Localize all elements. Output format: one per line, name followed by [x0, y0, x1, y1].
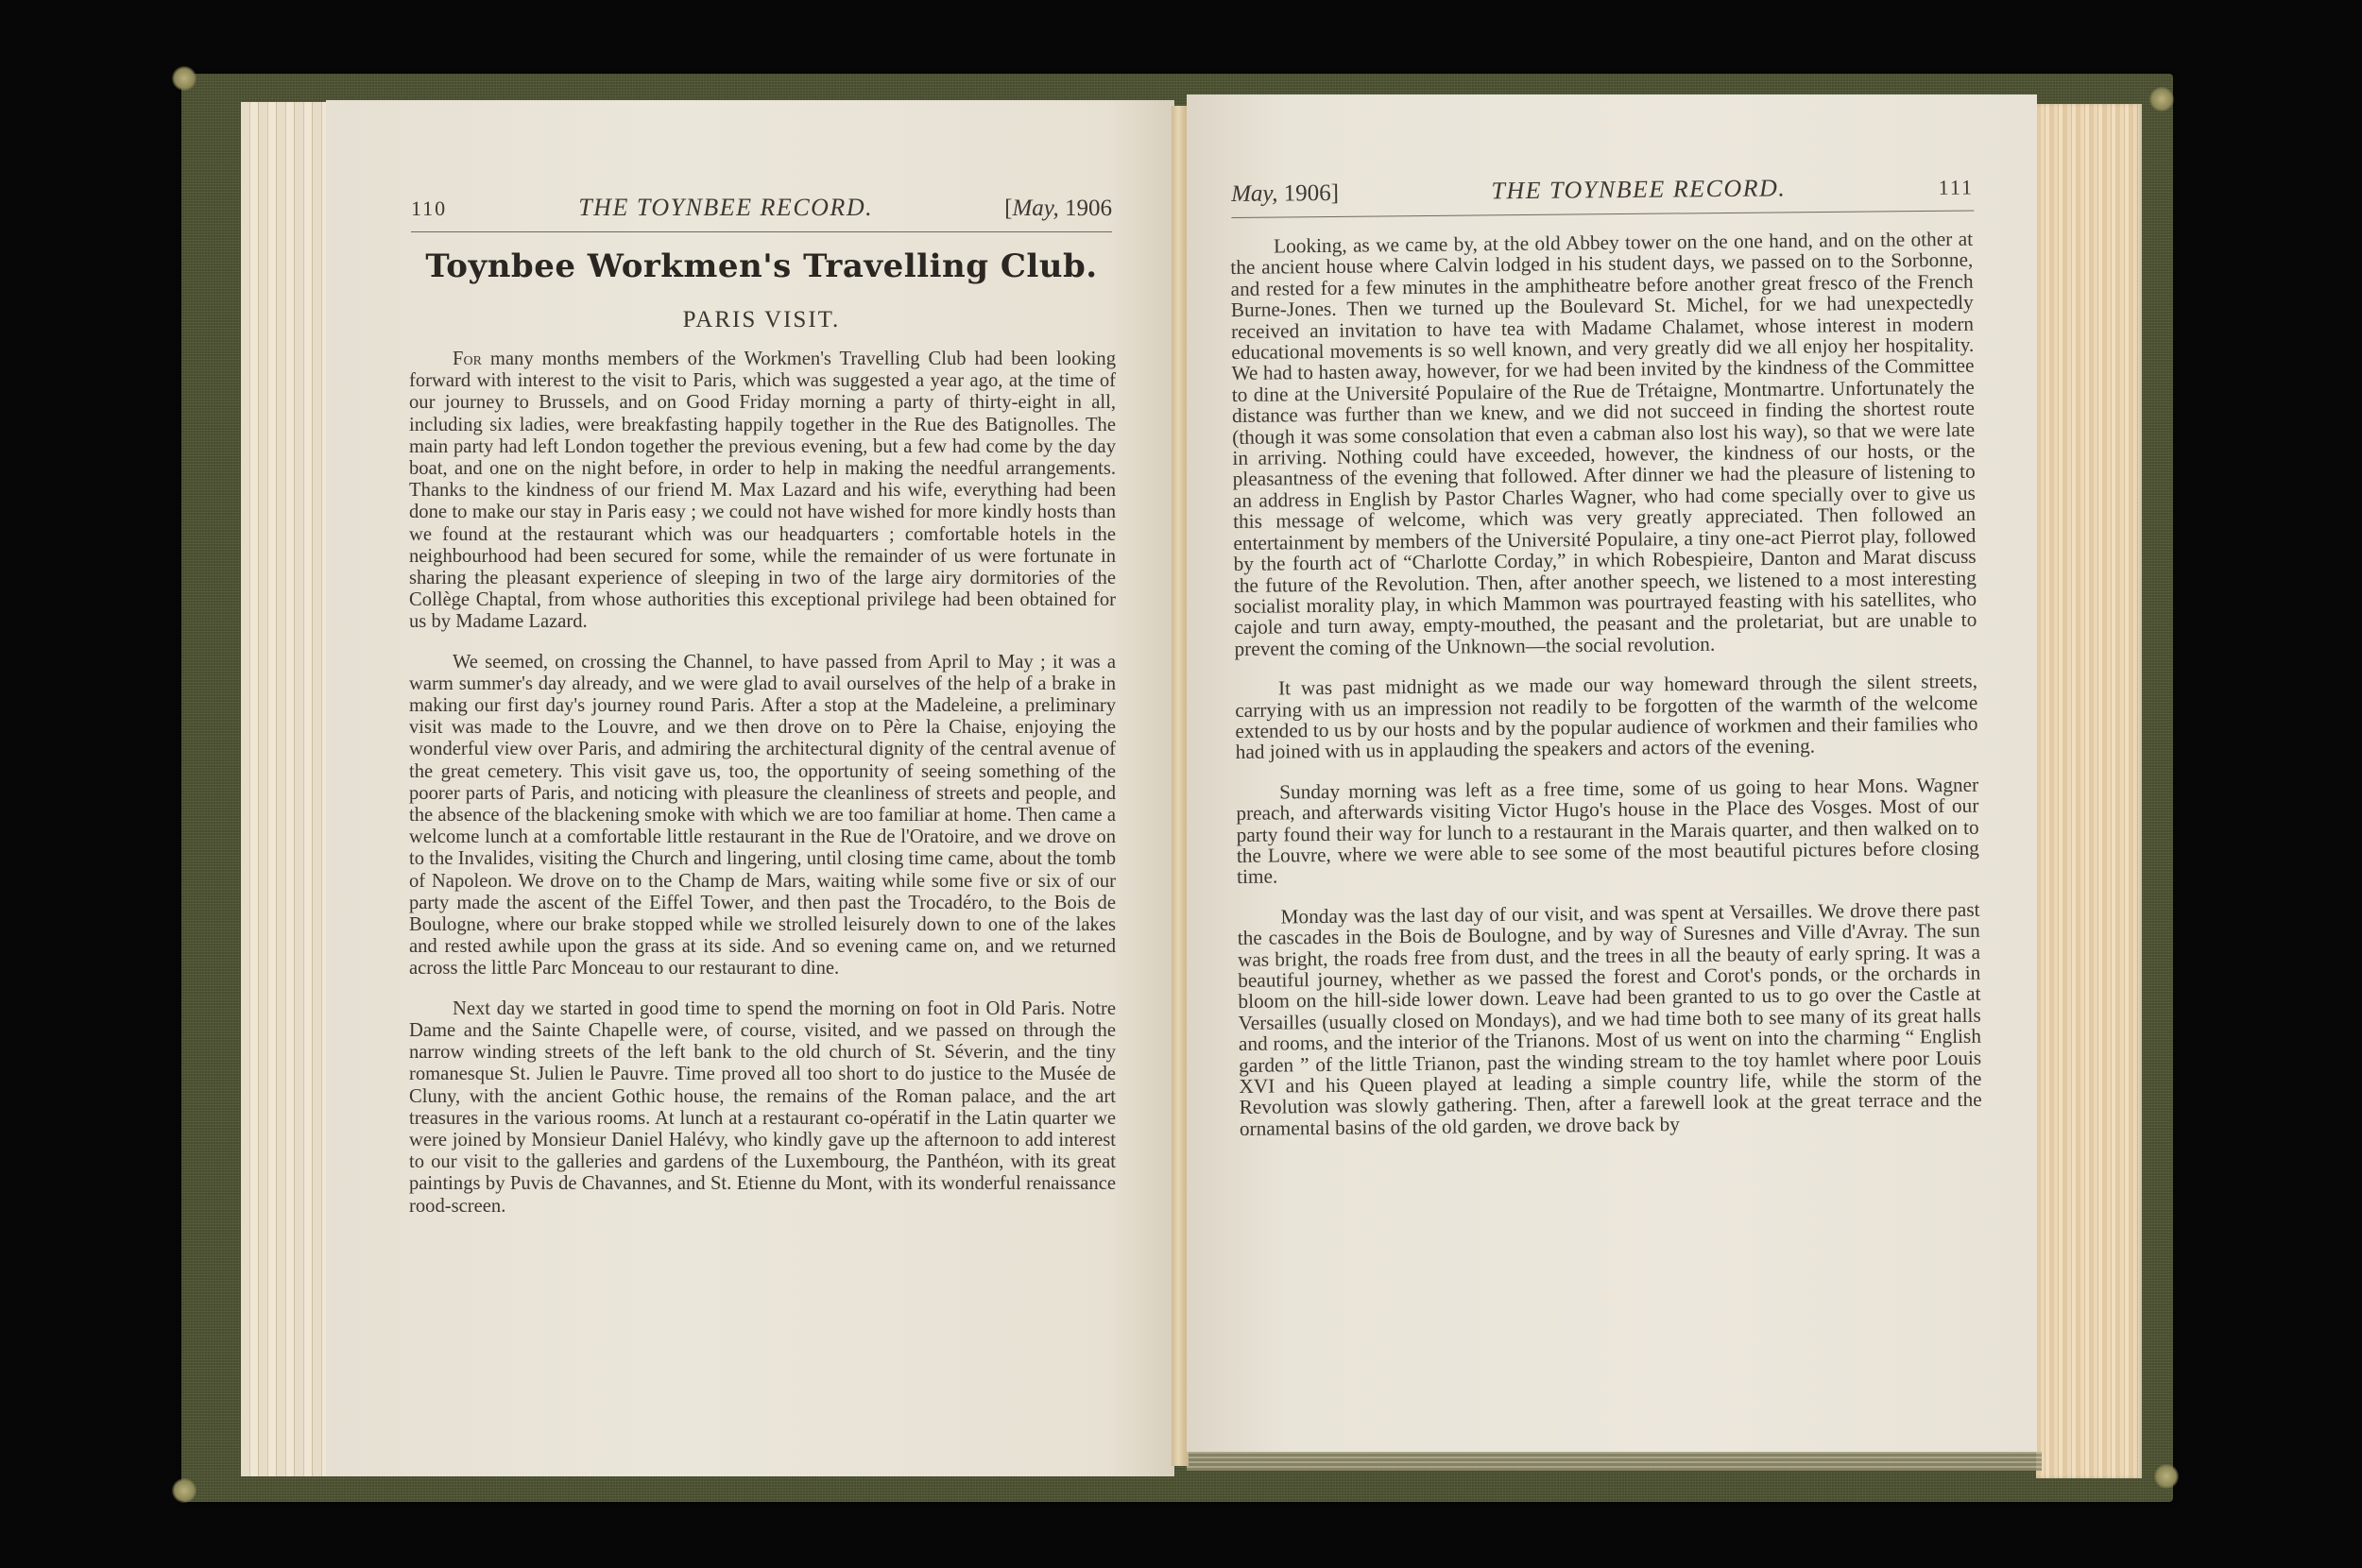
right-page-bottom-edges: [1187, 1452, 2042, 1471]
paragraph: For many months members of the Workmen's…: [409, 349, 1116, 634]
paragraph: Next day we started in good time to spen…: [409, 998, 1116, 1218]
paragraph: It was past midnight as we made our way …: [1235, 671, 1978, 763]
paragraph-text: many months members of the Workmen's Tra…: [409, 349, 1116, 632]
article-subtitle: PARIS VISIT.: [411, 307, 1112, 333]
running-title: THE TOYNBEE RECORD.: [578, 194, 873, 222]
issue-date: [May, 1906: [1004, 196, 1112, 222]
paragraph: Sunday morning was left as a free time, …: [1236, 774, 1979, 887]
right-page-block-fore-edge: [2036, 104, 2142, 1478]
running-title: THE TOYNBEE RECORD.: [1491, 174, 1786, 205]
date-month: May,: [1012, 196, 1058, 221]
paragraph: Monday was the last day of our visit, an…: [1237, 899, 1982, 1140]
frayed-corner-top-left: [172, 66, 197, 91]
right-page-body: Looking, as we came by, at the old Abbey…: [1230, 229, 1982, 1157]
left-running-head: 110 THE TOYNBEE RECORD. [May, 1906: [411, 194, 1112, 232]
article-title: Toynbee Workmen's Travelling Club.: [411, 247, 1112, 285]
page-number: 111: [1939, 175, 1975, 199]
frayed-corner-top-right: [2149, 87, 2174, 111]
issue-date: May, 1906]: [1231, 180, 1339, 208]
paragraph: We seemed, on crossing the Channel, to h…: [409, 652, 1116, 980]
right-running-head: May, 1906] THE TOYNBEE RECORD. 111: [1231, 172, 1974, 218]
date-year: 1906]: [1277, 180, 1339, 207]
frayed-corner-bottom-left: [172, 1478, 197, 1503]
date-month: May,: [1231, 181, 1278, 207]
page-number: 110: [411, 196, 447, 221]
date-year: 1906: [1059, 196, 1112, 221]
lead-word: For: [453, 349, 482, 369]
frayed-corner-bottom-right: [2154, 1464, 2179, 1489]
paragraph: Looking, as we came by, at the old Abbey…: [1230, 229, 1977, 659]
left-page-body: For many months members of the Workmen's…: [409, 349, 1116, 1236]
